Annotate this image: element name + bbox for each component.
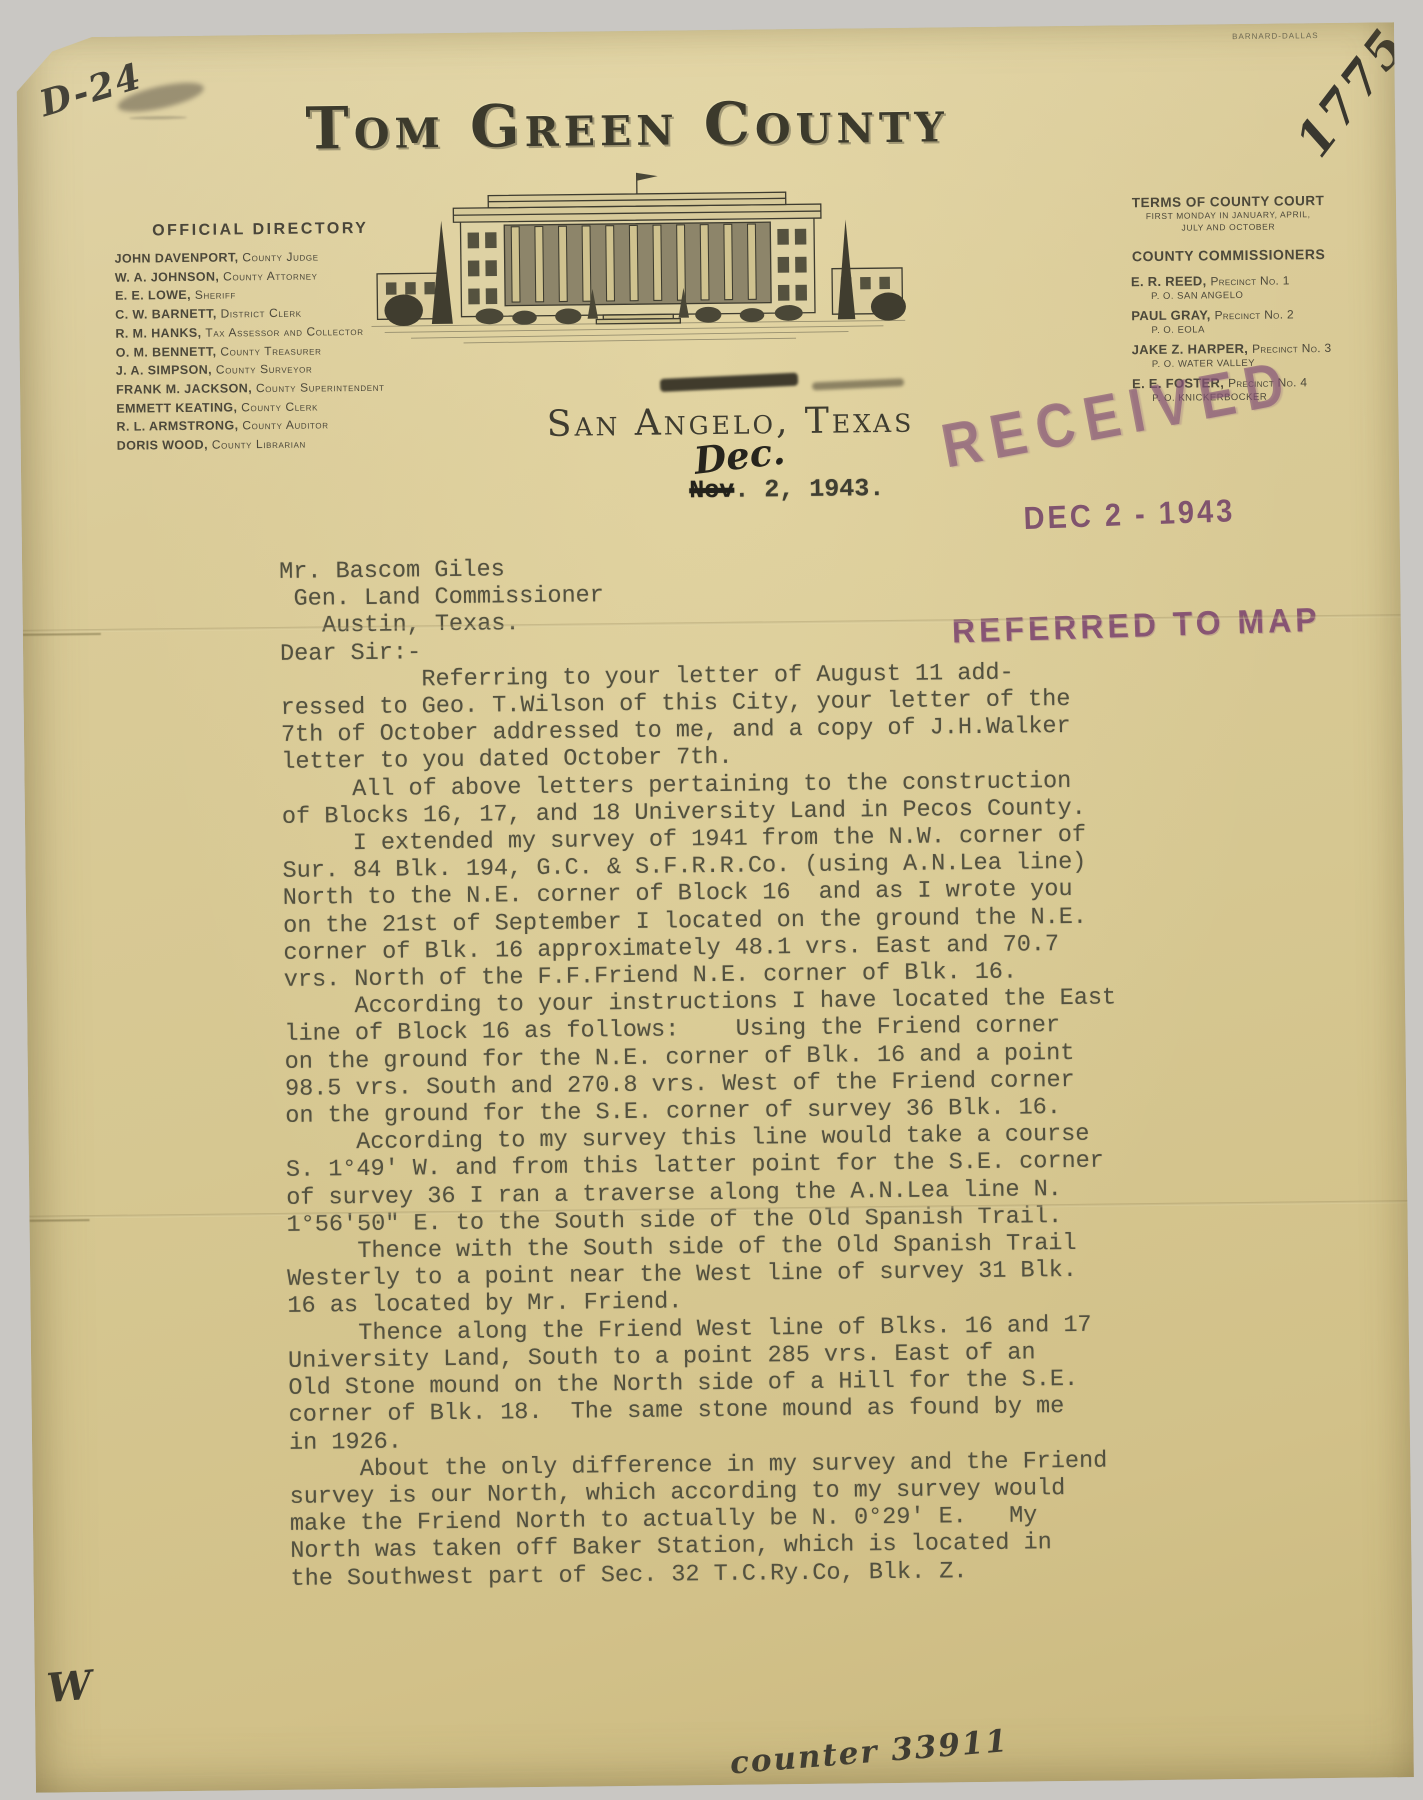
directory-entry: DORIS WOOD, County Librarian [117,433,409,455]
official-role: District Clerk [220,306,301,321]
commissioner-entry: E. R. REED, Precinct No. 1 P. O. SAN ANG… [1131,272,1327,302]
official-role: County Auditor [242,418,328,433]
official-directory: OFFICIAL DIRECTORY JOHN DAVENPORT, Count… [114,219,409,455]
official-role: County Judge [242,249,318,264]
pencil-counter-number: counter 33911 [729,1723,1011,1782]
date-remainder: . 2, 1943. [734,474,884,505]
pencil-file-number: 1775 [1285,18,1418,168]
pencil-annotation-top-left: D-24 [35,55,148,125]
official-name: FRANK M. JACKSON, [116,381,252,397]
commissioner-po: P. O. EOLA [1151,323,1327,336]
official-name: R. M. HANKS, [115,326,201,341]
official-role: Tax Assessor and Collector [205,324,363,340]
official-role: County Attorney [223,268,318,283]
terms-line: FIRST MONDAY IN JANUARY, APRIL, [1130,208,1326,222]
official-name: E. E. LOWE, [115,288,191,303]
letter-body-text: Mr. Bascom Giles Gen. Land Commissioner … [279,549,1123,1592]
date-line: Nov. 2, 1943. [689,474,884,505]
received-stamp: RECEIVED [936,346,1299,482]
fold-crease-edge [23,633,101,636]
terms-line: JULY AND OCTOBER [1130,220,1326,234]
official-name: R. L. ARMSTRONG, [116,419,238,434]
commissioner-precinct: Precinct No. 1 [1210,273,1289,288]
commissioner-entry: PAUL GRAY, Precinct No. 2 P. O. EOLA [1131,306,1327,336]
official-role: Sheriff [195,288,236,302]
commissioners-title: COUNTY COMMISSIONERS [1131,246,1327,264]
commissioner-name: JAKE Z. HARPER, [1132,341,1249,357]
official-name: C. W. BARNETT, [115,307,217,322]
scanned-letter-page: { "scan": { "printer_mark": "BARNARD-DAL… [0,0,1423,1800]
official-role: County Superintendent [256,380,385,395]
official-name: EMMETT KEATING, [116,400,237,415]
commissioner-precinct: Precinct No. 2 [1215,307,1294,322]
official-role: County Treasurer [220,343,321,358]
directory-title: OFFICIAL DIRECTORY [114,219,406,240]
official-role: County Librarian [212,437,306,452]
ink-smudge [660,373,798,392]
ink-smudge [812,378,904,390]
fold-crease-edge [29,1219,89,1222]
official-name: JOHN DAVENPORT, [115,250,239,265]
pencil-smudge [129,116,187,120]
official-name: O. M. BENNETT, [116,344,217,359]
received-date-stamp: DEC 2 - 1943 [1023,494,1236,538]
directory-entry: FRANK M. JACKSON, County Superintendent [116,377,408,399]
commissioner-name: E. R. REED, [1131,273,1207,289]
directory-list: JOHN DAVENPORT, County Judge W. A. JOHNS… [114,246,408,455]
official-role: County Clerk [241,399,318,414]
struck-month: Nov [689,476,734,506]
commissioner-name: PAUL GRAY, [1131,307,1211,323]
official-name: J. A. SIMPSON, [116,363,212,378]
official-name: W. A. JOHNSON, [115,269,220,284]
printer-credit-text: BARNARD-DALLAS [1232,31,1319,41]
commissioner-po: P. O. SAN ANGELO [1151,289,1327,302]
pencil-annotation-bottom-left: W [45,1662,94,1712]
official-role: County Surveyor [216,362,313,377]
official-name: DORIS WOOD, [117,438,208,453]
letter-paper: D-24 BARNARD-DALLAS 1775 Tom Green Count… [16,22,1414,1793]
courthouse-illustration [356,152,918,363]
